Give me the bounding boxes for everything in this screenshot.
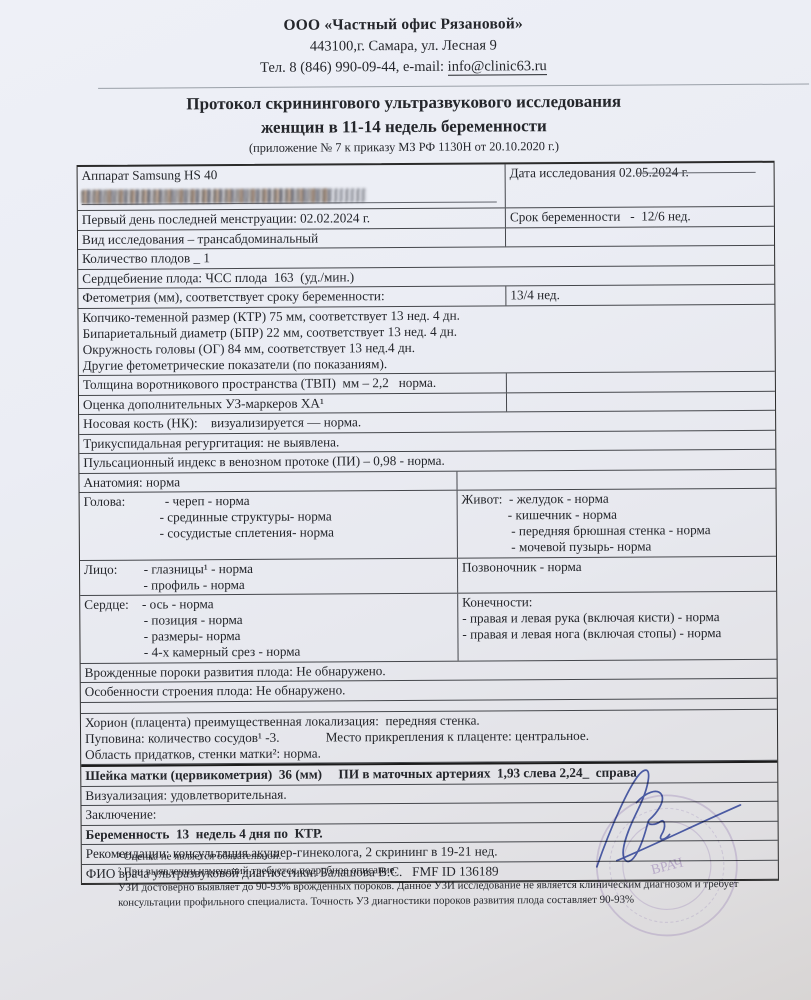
cell-fetometry-weeks: 13/4 нед.	[506, 285, 774, 305]
report-title-line2: женщин в 11-14 недель беременности	[0, 112, 809, 141]
clinic-header: ООО «Частный офис Рязановой» 443100,г. С…	[0, 0, 809, 78]
clinic-phone: Тел. 8 (846) 990-09-44, e-mail:	[260, 59, 448, 76]
cell-empty	[506, 226, 774, 246]
row-face-spine: Лицо: - глазницы¹ - норма - профиль - но…	[80, 556, 776, 596]
scanned-document: ООО «Частный офис Рязановой» 443100,г. С…	[0, 0, 811, 1000]
clinic-contact: Тел. 8 (846) 990-09-44, e-mail: info@cli…	[0, 57, 809, 79]
row-apparatus-date: Аппарат Samsung HS 40 Дата исследования …	[78, 163, 774, 211]
cell-limbs: Конечности: - правая и левая рука (включ…	[458, 592, 776, 660]
row-fetometry-details: Копчико-теменной размер (КТР) 75 мм, соо…	[78, 304, 774, 376]
cell-face: Лицо: - глазницы¹ - норма - профиль - но…	[80, 558, 458, 595]
cell-empty	[507, 391, 775, 411]
cell-empty	[507, 372, 775, 392]
cell-exam-date: Дата исследования 02.05.2024 г.	[506, 163, 774, 208]
header-divider	[98, 84, 809, 89]
cell-spine: Позвоночник - норма	[458, 556, 776, 592]
cell-nuchal-translucency: Толщина воротникового пространства (ТВП)…	[79, 373, 507, 394]
clinic-email: info@clinic63.ru	[448, 58, 547, 76]
report-title-block: Протокол скринингового ультразвукового и…	[0, 89, 809, 158]
cell-exam-type: Вид исследования – трансабдоминальный	[78, 228, 506, 249]
cell-gestational-age: Срок беременности - 12/6 нед.	[506, 207, 774, 227]
clinic-name: ООО «Частный офис Рязановой»	[0, 14, 809, 37]
cell-anatomy: Анатомия: норма	[79, 471, 457, 492]
clinic-address: 443100,г. Самара, ул. Лесная 9	[0, 36, 809, 58]
cell-fetometry-label: Фетометрия (мм), соответствует сроку бер…	[78, 286, 506, 307]
row-heart-limbs: Сердце: - ось - норма - позиция - норма …	[80, 592, 776, 664]
apparatus-text: Аппарат Samsung HS 40	[82, 167, 218, 183]
cell-empty	[457, 469, 775, 489]
cell-ultrasound-markers: Оценка дополнительных УЗ-маркеров ХА¹	[79, 393, 507, 414]
row-chorion-umbilical: Хорион (плацента) преимущественная локал…	[81, 709, 777, 765]
cell-fetometry-details: Копчико-теменной размер (КТР) 75 мм, соо…	[78, 304, 774, 375]
doctor-signature	[574, 760, 755, 879]
cell-last-menstruation: Первый день последней менструации: 02.02…	[78, 208, 506, 229]
cell-heart: Сердце: - ось - норма - позиция - норма …	[80, 594, 458, 663]
cell-chorion-umbilical: Хорион (плацента) преимущественная локал…	[81, 709, 777, 764]
cell-abdomen: Живот: - желудок - норма - кишечник - но…	[457, 489, 775, 557]
cell-head: Голова: - череп - норма - срединные стру…	[80, 491, 458, 560]
row-head-abdomen: Голова: - череп - норма - срединные стру…	[80, 489, 776, 561]
